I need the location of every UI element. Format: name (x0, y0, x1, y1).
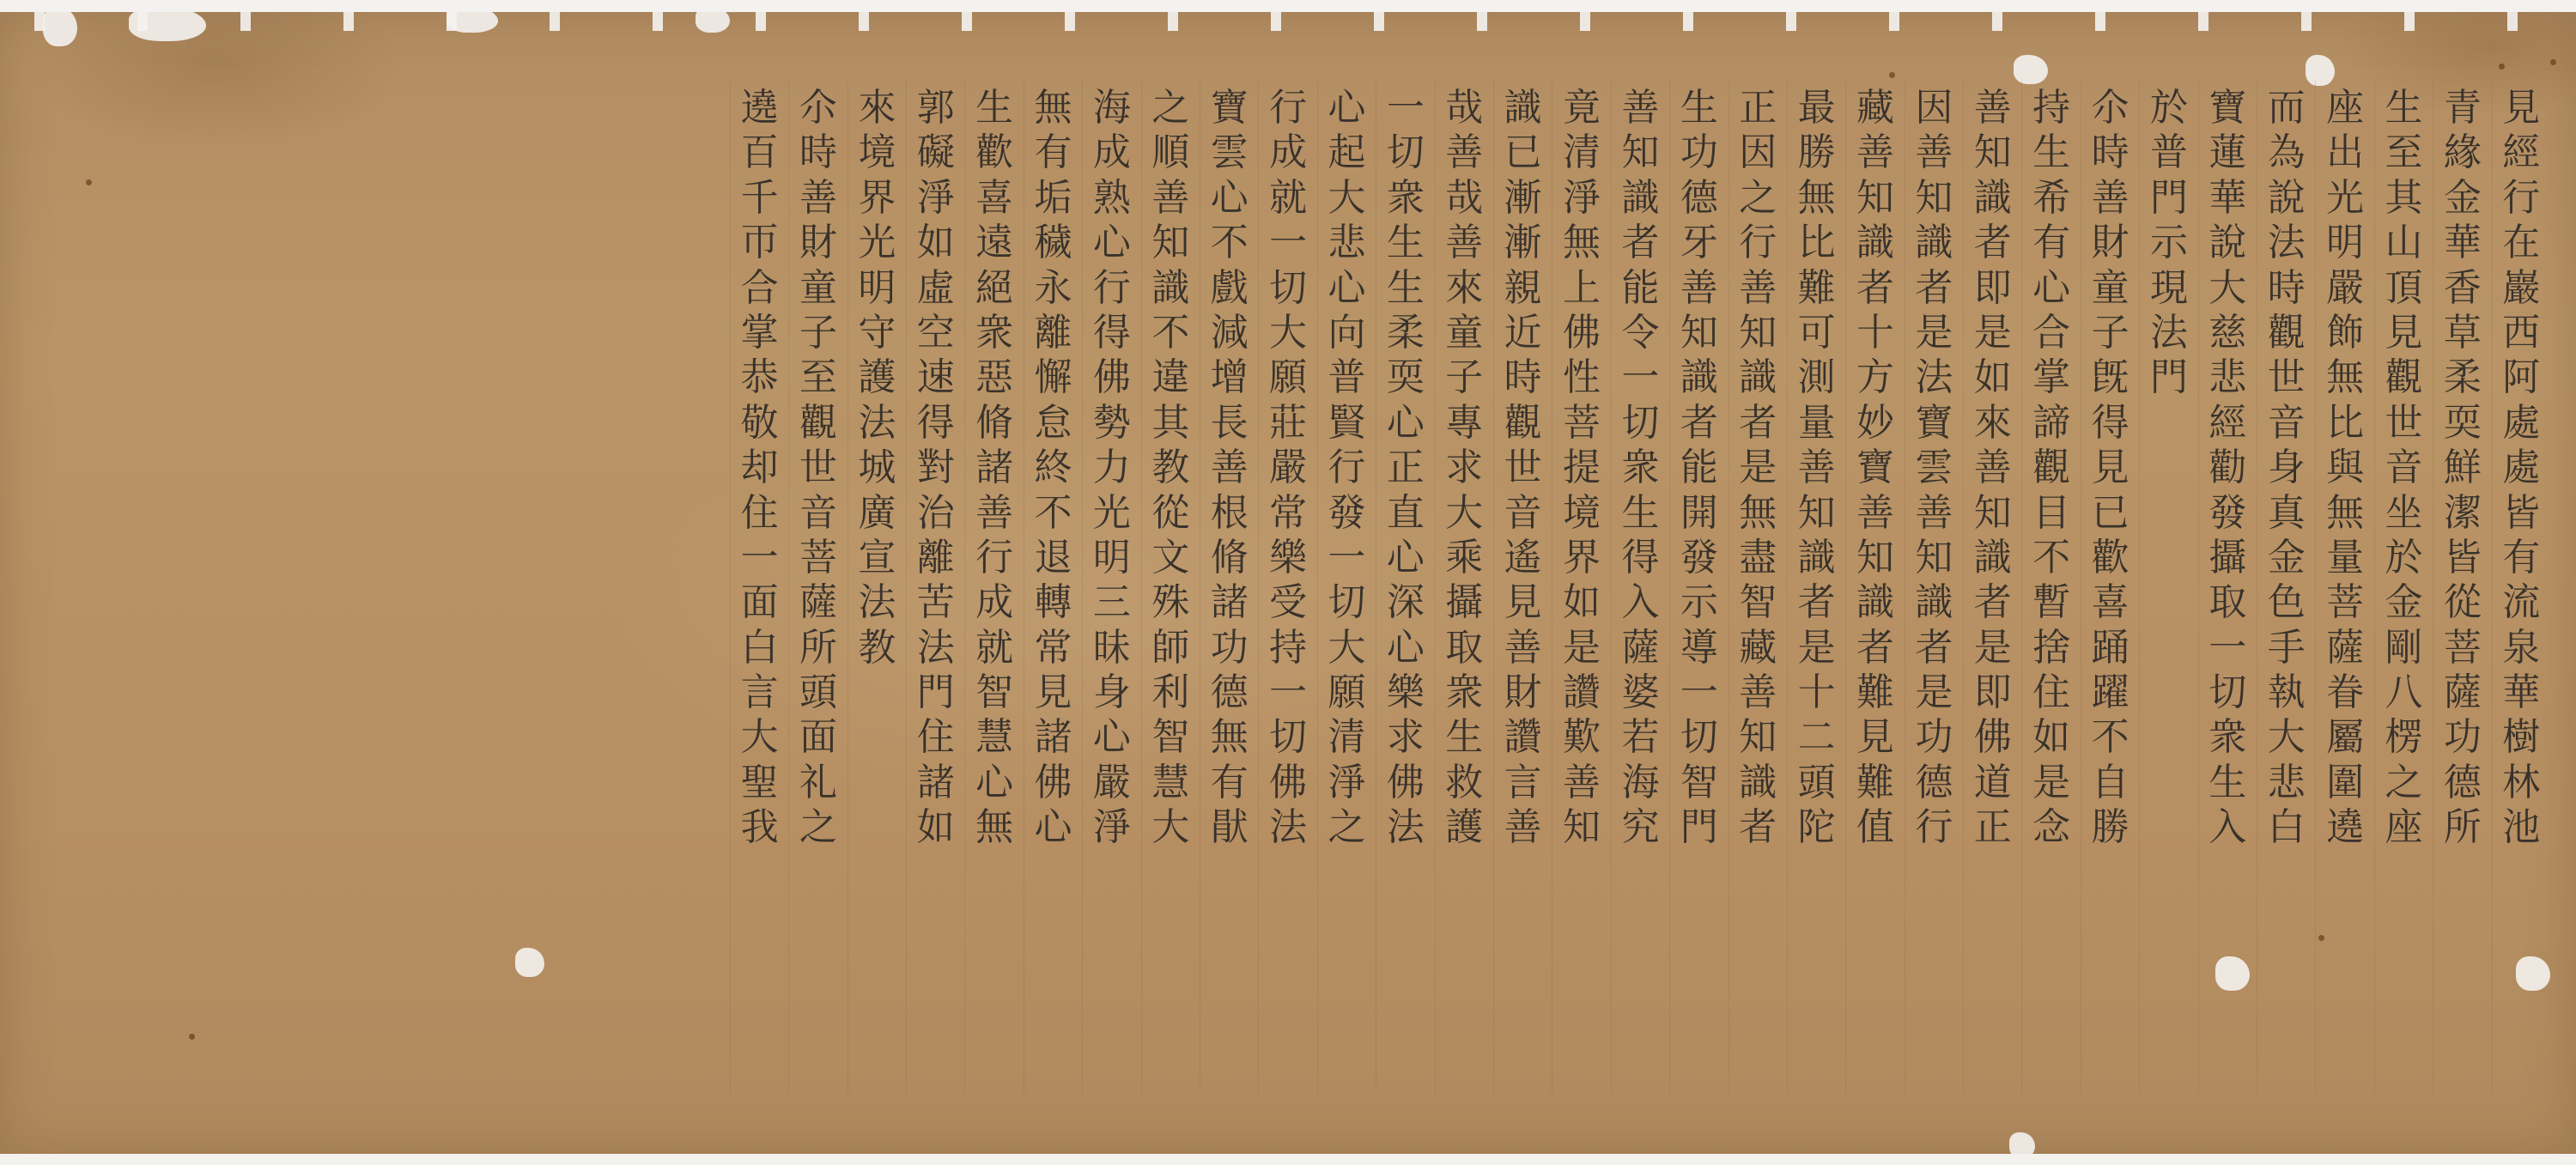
character: 發 (1680, 536, 1718, 580)
character: 頭 (1798, 761, 1836, 805)
character: 於 (2150, 86, 2188, 130)
character: 示 (1680, 580, 1718, 625)
character: 識 (1915, 580, 1953, 625)
character: 就 (1269, 176, 1307, 221)
character: 耎 (2444, 401, 2482, 446)
character: 之 (2385, 761, 2423, 805)
character: 生 (1680, 86, 1718, 130)
character: 八 (2385, 670, 2423, 715)
character: 諸 (1035, 715, 1072, 760)
character: 圍 (2326, 761, 2364, 805)
character: 就 (975, 626, 1013, 670)
character: 遶 (741, 86, 779, 130)
character: 時 (2092, 130, 2129, 175)
character: 識 (1621, 176, 1659, 221)
character: 來 (1974, 401, 2012, 446)
character: 心 (1387, 401, 1425, 446)
text-column: 識已漸漸親近時觀世音遙見善財讚言善 (1493, 81, 1552, 1094)
character: 是 (1915, 670, 1953, 715)
character: 親 (1504, 266, 1542, 311)
character: 座 (2326, 86, 2364, 130)
character: 皆 (2502, 491, 2540, 536)
character: 竟 (1563, 86, 1601, 130)
character: 漸 (1504, 221, 1542, 265)
character: 違 (1151, 355, 1189, 400)
character: 清 (1327, 715, 1365, 760)
character: 穢 (1035, 221, 1072, 265)
character: 聖 (741, 761, 779, 805)
character: 終 (1035, 446, 1072, 490)
character: 目 (2032, 491, 2070, 536)
character: 心 (2032, 266, 2070, 311)
character: 說 (2208, 221, 2246, 265)
character: 經 (2502, 130, 2540, 175)
character: 求 (1445, 446, 1483, 490)
character: 處 (2502, 401, 2540, 446)
character: 善 (975, 491, 1013, 536)
character: 者 (1974, 580, 2012, 625)
character: 垢 (1035, 176, 1072, 221)
character: 若 (1621, 715, 1659, 760)
character: 難 (1856, 761, 1894, 805)
text-column: 生歡喜遠絕衆惡脩諸善行成就智慧心無 (964, 81, 1023, 1094)
character: 可 (1798, 311, 1836, 355)
character: 淨 (917, 176, 955, 221)
character: 能 (1621, 266, 1659, 311)
character: 其 (2385, 176, 2423, 221)
character: 切 (1387, 130, 1425, 175)
stain-spot (2550, 59, 2556, 65)
character: 者 (1680, 401, 1718, 446)
character: 知 (1974, 491, 2012, 536)
character: 我 (741, 805, 779, 850)
character: 是 (1915, 311, 1953, 355)
character: 希 (2032, 176, 2070, 221)
character: 者 (1739, 401, 1777, 446)
character: 阿 (2502, 355, 2540, 400)
character: 掌 (741, 311, 779, 355)
character: 金 (2268, 536, 2306, 580)
character: 耎 (1387, 355, 1425, 400)
character: 妙 (1856, 401, 1894, 446)
character: 手 (2268, 626, 2306, 670)
character: 比 (1798, 221, 1836, 265)
character: 真 (2268, 491, 2306, 536)
character: 難 (1798, 266, 1836, 311)
character: 師 (1151, 626, 1189, 670)
character: 時 (1504, 355, 1542, 400)
character: 行 (1915, 805, 1953, 850)
character: 永 (1035, 266, 1072, 311)
character: 知 (1798, 491, 1836, 536)
character: 識 (1974, 176, 2012, 221)
character: 利 (1151, 670, 1189, 715)
character: 知 (1563, 805, 1601, 850)
character: 怠 (1035, 401, 1072, 446)
character: 門 (2150, 355, 2188, 400)
character: 無 (975, 805, 1013, 850)
character: 智 (1680, 761, 1718, 805)
character: 郭 (917, 86, 955, 130)
character: 香 (2444, 266, 2482, 311)
character: 悲 (1327, 221, 1365, 265)
character: 樹 (2502, 715, 2540, 760)
character: 正 (1974, 805, 2012, 850)
character: 智 (1151, 715, 1189, 760)
character: 識 (1680, 355, 1718, 400)
character: 善 (1211, 446, 1249, 490)
character: 不 (2032, 536, 2070, 580)
character: 法 (2150, 311, 2188, 355)
character: 於 (2385, 536, 2423, 580)
character: 普 (2150, 130, 2188, 175)
character: 行 (1093, 266, 1131, 311)
character: 海 (1093, 86, 1131, 130)
character: 尒 (799, 86, 837, 130)
text-column: 持生希有心合掌諦觀目不暫捨住如是念 (2021, 81, 2080, 1094)
character: 勝 (2092, 805, 2129, 850)
worm-hole (515, 948, 544, 977)
character: 寶 (2208, 86, 2246, 130)
character: 子 (799, 311, 837, 355)
character: 是 (1563, 626, 1601, 670)
character: 光 (2326, 176, 2364, 221)
character: 旣 (2092, 355, 2129, 400)
character: 知 (1151, 221, 1189, 265)
character: 識 (1739, 355, 1777, 400)
character: 華 (2502, 670, 2540, 715)
character: 樂 (1387, 670, 1425, 715)
character: 時 (2268, 266, 2306, 311)
character: 大 (1445, 491, 1483, 536)
character: 明 (2326, 221, 2364, 265)
text-column: 因善知識者是法寶雲善知識者是功德行 (1905, 81, 1963, 1094)
character: 知 (1915, 536, 1953, 580)
character: 世 (1504, 446, 1542, 490)
character: 道 (1974, 761, 2012, 805)
text-column: 正因之行善知識者是無盡智藏善知識者 (1728, 81, 1787, 1094)
worm-hole (2014, 55, 2048, 84)
character: 無 (1798, 176, 1836, 221)
character: 不 (1035, 491, 1072, 536)
character: 音 (2268, 401, 2306, 446)
text-column: 藏善知識者十方妙寶善知識者難見難值 (1845, 81, 1904, 1094)
text-column: 郭礙淨如虛空速得對治離苦法門住諸如 (906, 81, 964, 1094)
text-column: 青緣金華香草柔耎鮮潔皆從菩薩功德所 (2433, 81, 2491, 1094)
character: 色 (2268, 580, 2306, 625)
text-column: 心起大悲心向普賢行發一切大願清淨之 (1317, 81, 1376, 1094)
character: 來 (858, 86, 896, 130)
character: 城 (858, 446, 896, 490)
character: 住 (741, 491, 779, 536)
character: 佛 (1974, 715, 2012, 760)
text-column: 而為說法時觀世音身真金色手執大悲白 (2257, 81, 2315, 1094)
character: 心 (1093, 221, 1131, 265)
character: 白 (741, 626, 779, 670)
character: 見 (2385, 311, 2423, 355)
character: 是 (1798, 626, 1836, 670)
character: 宣 (858, 536, 896, 580)
character: 勢 (1093, 401, 1131, 446)
character: 熟 (1093, 176, 1131, 221)
character: 昧 (1093, 626, 1131, 670)
character: 所 (2444, 805, 2482, 850)
character: 善 (1974, 86, 2012, 130)
character: 嚴 (2326, 266, 2364, 311)
character: 佛 (1035, 761, 1072, 805)
text-column: 一切衆生生柔耎心正直心深心樂求佛法 (1376, 81, 1434, 1094)
character: 是 (1974, 626, 2012, 670)
character: 轉 (1035, 580, 1072, 625)
text-column: 生至其山頂見觀世音坐於金剛八楞之座 (2374, 81, 2433, 1094)
character: 如 (917, 805, 955, 850)
character: 順 (1151, 130, 1189, 175)
character: 衆 (1445, 670, 1483, 715)
character: 帀 (741, 221, 779, 265)
worm-hole (43, 7, 77, 46)
character: 之 (799, 805, 837, 850)
character: 境 (1563, 491, 1601, 536)
character: 歡 (975, 130, 1013, 175)
character: 界 (1563, 536, 1601, 580)
character: 善 (1504, 626, 1542, 670)
character: 功 (1680, 130, 1718, 175)
character: 諸 (917, 761, 955, 805)
character: 佛 (1563, 311, 1601, 355)
character: 切 (2208, 670, 2246, 715)
character: 入 (1621, 580, 1659, 625)
character: 得 (2092, 401, 2129, 446)
character: 世 (2268, 355, 2306, 400)
character: 悲 (2268, 761, 2306, 805)
character: 讚 (1504, 715, 1542, 760)
character: 速 (917, 355, 955, 400)
character: 為 (2268, 130, 2306, 175)
character: 十 (1856, 311, 1894, 355)
character: 究 (1621, 805, 1659, 850)
character: 善 (1915, 491, 1953, 536)
character: 德 (2444, 761, 2482, 805)
character: 在 (2502, 221, 2540, 265)
character: 值 (1856, 805, 1894, 850)
character: 文 (1151, 536, 1189, 580)
character: 喜 (2092, 580, 2129, 625)
stain-spot (86, 179, 92, 185)
character: 眷 (2326, 670, 2364, 715)
character: 行 (975, 536, 1013, 580)
character: 生 (2385, 86, 2423, 130)
character: 心 (1211, 176, 1249, 221)
character: 者 (1621, 221, 1659, 265)
character: 有 (2032, 221, 2070, 265)
character: 善 (1621, 86, 1659, 130)
character: 智 (975, 670, 1013, 715)
character: 尒 (2092, 86, 2129, 130)
character: 善 (1563, 761, 1601, 805)
character: 切 (1269, 715, 1307, 760)
character: 法 (917, 626, 955, 670)
text-column: 最勝無比難可測量善知識者是十二頭陀 (1787, 81, 1845, 1094)
worm-hole (2009, 1132, 2035, 1158)
character: 心 (1093, 715, 1131, 760)
character: 菩 (2326, 580, 2364, 625)
character: 開 (1680, 491, 1718, 536)
character: 生 (1387, 221, 1425, 265)
character: 金 (2385, 580, 2423, 625)
character: 楞 (2385, 715, 2423, 760)
character: 佛 (1269, 761, 1307, 805)
character: 者 (1915, 266, 1953, 311)
character: 力 (1093, 446, 1131, 490)
character: 住 (2032, 670, 2070, 715)
character: 生 (1387, 266, 1425, 311)
character: 光 (858, 221, 896, 265)
character: 池 (2502, 805, 2540, 850)
character: 見 (1856, 715, 1894, 760)
character: 而 (2268, 86, 2306, 130)
character: 識 (1798, 536, 1836, 580)
character: 雲 (1211, 130, 1249, 175)
character: 上 (1563, 266, 1601, 311)
character: 藏 (1856, 86, 1894, 130)
character: 菩 (2444, 626, 2482, 670)
character: 漸 (1504, 176, 1542, 221)
text-column: 於普門示現法門 (2139, 81, 2197, 1094)
character: 大 (1327, 176, 1365, 221)
character: 一 (1621, 355, 1659, 400)
character: 廣 (858, 491, 896, 536)
character: 歎 (1563, 715, 1601, 760)
character: 陀 (1798, 805, 1836, 850)
character: 善 (1445, 130, 1483, 175)
character: 現 (2150, 266, 2188, 311)
character: 知 (1974, 130, 2012, 175)
character: 法 (1269, 805, 1307, 850)
character: 礙 (917, 130, 955, 175)
text-column: 尒時善財童子旣得見已歡喜踊躍不自勝 (2081, 81, 2139, 1094)
character: 一 (1327, 536, 1365, 580)
character: 慈 (2208, 311, 2246, 355)
character: 取 (2208, 580, 2246, 625)
character: 寶 (1915, 401, 1953, 446)
character: 身 (1093, 670, 1131, 715)
character: 法 (2268, 221, 2306, 265)
character: 金 (2444, 176, 2482, 221)
character: 猒 (1211, 805, 1249, 850)
character: 屬 (2326, 715, 2364, 760)
character: 功 (1211, 626, 1249, 670)
character: 三 (1093, 580, 1131, 625)
character: 經 (2208, 401, 2246, 446)
character: 出 (2326, 130, 2364, 175)
character: 者 (1856, 266, 1894, 311)
worm-hole (129, 7, 206, 41)
character: 識 (1151, 266, 1189, 311)
character: 諸 (975, 446, 1013, 490)
character: 近 (1504, 311, 1542, 355)
character: 知 (1856, 536, 1894, 580)
character: 淨 (1093, 805, 1131, 850)
character: 佛 (1093, 355, 1131, 400)
text-column: 善知識者即是如來善知識者是即佛道正 (1963, 81, 2021, 1094)
character: 西 (2502, 311, 2540, 355)
character: 長 (1211, 401, 1249, 446)
character: 菩 (799, 536, 837, 580)
character: 衆 (1387, 176, 1425, 221)
character: 有 (1035, 130, 1072, 175)
character: 已 (1504, 130, 1542, 175)
character: 敬 (741, 401, 779, 446)
character: 一 (1269, 221, 1307, 265)
character: 哉 (1445, 176, 1483, 221)
character: 能 (1680, 446, 1718, 490)
character: 善 (2092, 176, 2129, 221)
character: 大 (741, 715, 779, 760)
character: 起 (1327, 130, 1365, 175)
character: 柔 (1387, 311, 1425, 355)
character: 歡 (2092, 536, 2129, 580)
character: 取 (1445, 626, 1483, 670)
character: 者 (1915, 626, 1953, 670)
character: 切 (1621, 401, 1659, 446)
character: 盡 (1739, 536, 1777, 580)
character: 識 (1856, 580, 1894, 625)
character: 生 (2032, 130, 2070, 175)
character: 正 (1739, 86, 1777, 130)
character: 向 (1327, 311, 1365, 355)
character: 受 (1269, 580, 1307, 625)
character: 識 (1504, 86, 1542, 130)
character: 法 (858, 580, 896, 625)
character: 踊 (2092, 626, 2129, 670)
character: 門 (2150, 176, 2188, 221)
character: 識 (1856, 221, 1894, 265)
character: 坐 (2385, 491, 2423, 536)
character: 海 (1621, 761, 1659, 805)
character: 善 (1856, 130, 1894, 175)
character: 殊 (1151, 580, 1189, 625)
character: 功 (1915, 715, 1953, 760)
character: 教 (858, 626, 896, 670)
character: 者 (1856, 626, 1894, 670)
character: 面 (799, 715, 837, 760)
character: 即 (1974, 670, 2012, 715)
character: 德 (1680, 176, 1718, 221)
character: 觀 (2032, 446, 2070, 490)
character: 飾 (2326, 311, 2364, 355)
character: 行 (1739, 221, 1777, 265)
character: 大 (1327, 626, 1365, 670)
character: 虛 (917, 266, 955, 311)
character: 無 (1035, 86, 1072, 130)
character: 界 (858, 176, 896, 221)
character: 見 (2502, 86, 2540, 130)
character: 賢 (1327, 401, 1365, 446)
character: 喜 (975, 176, 1013, 221)
character: 皆 (2444, 536, 2482, 580)
character: 見 (2092, 446, 2129, 490)
character: 雲 (1915, 446, 1953, 490)
character: 如 (1563, 580, 1601, 625)
character: 善 (1739, 670, 1777, 715)
character: 遙 (1504, 536, 1542, 580)
character: 成 (975, 580, 1013, 625)
character: 面 (741, 580, 779, 625)
character: 護 (858, 355, 896, 400)
text-column: 生功德牙善知識者能開發示導一切智門 (1669, 81, 1728, 1094)
stain-spot (2499, 64, 2505, 70)
character: 發 (2208, 491, 2246, 536)
